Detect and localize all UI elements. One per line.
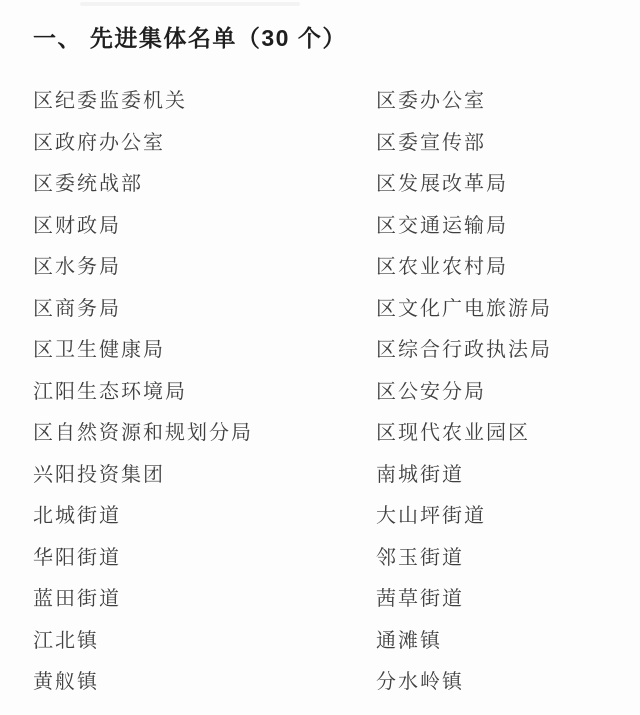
list-item-left: 区卫生健康局 [33, 333, 376, 362]
list-item-right: 分水岭镇 [376, 665, 620, 694]
list-item-left: 华阳街道 [33, 541, 376, 570]
list-item-left: 江北镇 [33, 624, 376, 653]
list-item-left: 区政府办公室 [33, 126, 376, 155]
list-row: 江阳生态环境局 区公安分局 [33, 369, 620, 411]
list-item-left: 区纪委监委机关 [33, 84, 376, 113]
list-row: 区水务局 区农业农村局 [33, 244, 620, 286]
list-row: 区自然资源和规划分局 区现代农业园区 [33, 410, 620, 452]
list-item-left: 江阳生态环境局 [33, 375, 376, 404]
scan-artifact [80, 2, 300, 6]
list-item-right: 区交通运输局 [376, 209, 620, 238]
list-item-left: 区委统战部 [33, 167, 376, 196]
list-item-right: 南城街道 [376, 458, 620, 487]
list-row: 区政府办公室 区委宣传部 [33, 120, 620, 162]
list-item-left: 兴阳投资集团 [33, 458, 376, 487]
list-item-left: 蓝田街道 [33, 582, 376, 611]
list-row: 区商务局 区文化广电旅游局 [33, 286, 620, 328]
list-item-right: 区公安分局 [376, 375, 620, 404]
list-item-right: 通滩镇 [376, 624, 620, 653]
list-item-right: 区现代农业园区 [376, 416, 620, 445]
list-item-right: 区农业农村局 [376, 250, 620, 279]
list-item-right: 区文化广电旅游局 [376, 292, 620, 321]
list-row: 区委统战部 区发展改革局 [33, 161, 620, 203]
list-item-right: 邻玉街道 [376, 541, 620, 570]
list-row: 区财政局 区交通运输局 [33, 203, 620, 245]
list-item-right: 区委宣传部 [376, 126, 620, 155]
list-item-left: 区商务局 [33, 292, 376, 321]
list-item-left: 黄舣镇 [33, 665, 376, 694]
list-row: 华阳街道 邻玉街道 [33, 535, 620, 577]
list-item-left: 区财政局 [33, 209, 376, 238]
list-item-right: 区发展改革局 [376, 167, 620, 196]
list-item-left: 区自然资源和规划分局 [33, 416, 376, 445]
list-row: 黄舣镇 分水岭镇 [33, 659, 620, 701]
list-item-left: 北城街道 [33, 499, 376, 528]
list-item-right: 茜草街道 [376, 582, 620, 611]
page-title: 一、 先进集体名单（30 个） [33, 24, 620, 52]
list-item-right: 区委办公室 [376, 84, 620, 113]
list-row: 兴阳投资集团 南城街道 [33, 452, 620, 494]
list-item-right: 区综合行政执法局 [376, 333, 620, 362]
collectives-list: 区纪委监委机关 区委办公室 区政府办公室 区委宣传部 区委统战部 区发展改革局 … [33, 78, 620, 701]
document-page: 一、 先进集体名单（30 个） 区纪委监委机关 区委办公室 区政府办公室 区委宣… [0, 0, 640, 715]
list-item-left: 区水务局 [33, 250, 376, 279]
list-row: 蓝田街道 茜草街道 [33, 576, 620, 618]
list-row: 区纪委监委机关 区委办公室 [33, 78, 620, 120]
list-item-right: 大山坪街道 [376, 499, 620, 528]
list-row: 北城街道 大山坪街道 [33, 493, 620, 535]
list-row: 区卫生健康局 区综合行政执法局 [33, 327, 620, 369]
list-row: 江北镇 通滩镇 [33, 618, 620, 660]
